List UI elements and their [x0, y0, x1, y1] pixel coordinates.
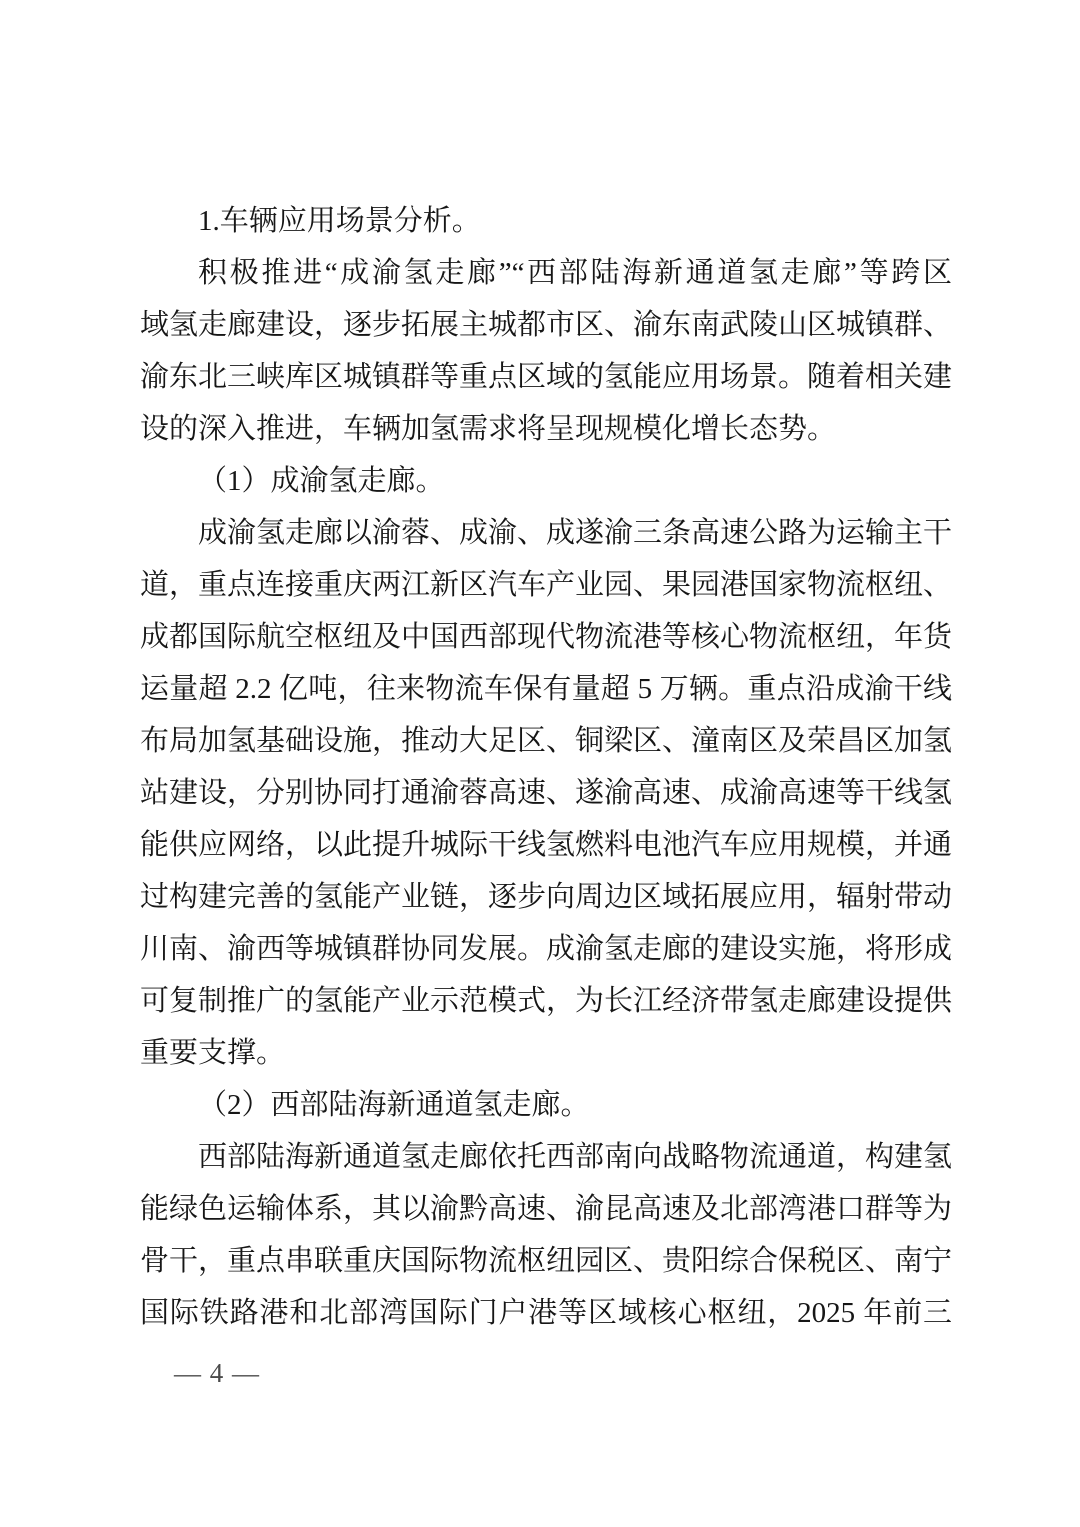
text-line: 川南、渝西等城镇群协同发展。成渝氢走廊的建设实施，将形成 [140, 923, 952, 975]
text-line: 成渝氢走廊以渝蓉、成渝、成遂渝三条高速公路为运输主干 [140, 507, 952, 559]
text-line: （1）成渝氢走廊。 [140, 455, 952, 507]
text-line: （2）西部陆海新通道氢走廊。 [140, 1079, 952, 1131]
text-line: 渝东北三峡库区城镇群等重点区域的氢能应用场景。随着相关建 [140, 351, 952, 403]
text-line: 成都国际航空枢纽及中国西部现代物流港等核心物流枢纽，年货 [140, 611, 952, 663]
heading-western-land-sea-corridor: （2）西部陆海新通道氢走廊。 [140, 1079, 952, 1131]
heading-chengyu-hydrogen-corridor: （1）成渝氢走廊。 [140, 455, 952, 507]
text-line: 运量超 2.2 亿吨，往来物流车保有量超 5 万辆。重点沿成渝干线 [140, 663, 952, 715]
text-line: 重要支撑。 [140, 1027, 952, 1079]
text-line: 能绿色运输体系，其以渝黔高速、渝昆高速及北部湾港口群等为 [140, 1183, 952, 1235]
text-line: 西部陆海新通道氢走廊依托西部南向战略物流通道，构建氢 [140, 1131, 952, 1183]
text-line: 1.车辆应用场景分析。 [140, 195, 952, 247]
text-line: 能供应网络，以此提升城际干线氢燃料电池汽车应用规模，并通 [140, 819, 952, 871]
para-chengyu-hydrogen-corridor: 成渝氢走廊以渝蓉、成渝、成遂渝三条高速公路为运输主干道，重点连接重庆两江新区汽车… [140, 507, 952, 1079]
text-line: 站建设，分别协同打通渝蓉高速、遂渝高速、成渝高速等干线氢 [140, 767, 952, 819]
text-line: 骨干，重点串联重庆国际物流枢纽园区、贵阳综合保税区、南宁 [140, 1235, 952, 1287]
document-body: 1.车辆应用场景分析。积极推进“成渝氢走廊”“西部陆海新通道氢走廊”等跨区域氢走… [140, 195, 952, 1339]
para-corridor-overview: 积极推进“成渝氢走廊”“西部陆海新通道氢走廊”等跨区域氢走廊建设，逐步拓展主城都… [140, 247, 952, 455]
para-western-land-sea-corridor: 西部陆海新通道氢走廊依托西部南向战略物流通道，构建氢能绿色运输体系，其以渝黔高速… [140, 1131, 952, 1339]
text-line: 积极推进“成渝氢走廊”“西部陆海新通道氢走廊”等跨区 [140, 247, 952, 299]
page-number: — 4 — [174, 1358, 260, 1388]
text-line: 设的深入推进，车辆加氢需求将呈现规模化增长态势。 [140, 403, 952, 455]
heading-vehicle-application-scenarios: 1.车辆应用场景分析。 [140, 195, 952, 247]
document-page: 1.车辆应用场景分析。积极推进“成渝氢走廊”“西部陆海新通道氢走廊”等跨区域氢走… [0, 0, 1080, 1527]
text-line: 道，重点连接重庆两江新区汽车产业园、果园港国家物流枢纽、 [140, 559, 952, 611]
text-line: 过构建完善的氢能产业链，逐步向周边区域拓展应用，辐射带动 [140, 871, 952, 923]
text-line: 可复制推广的氢能产业示范模式，为长江经济带氢走廊建设提供 [140, 975, 952, 1027]
text-line: 布局加氢基础设施，推动大足区、铜梁区、潼南区及荣昌区加氢 [140, 715, 952, 767]
text-line: 域氢走廊建设，逐步拓展主城都市区、渝东南武陵山区城镇群、 [140, 299, 952, 351]
text-line: 国际铁路港和北部湾国际门户港等区域核心枢纽，2025 年前三 [140, 1287, 952, 1339]
